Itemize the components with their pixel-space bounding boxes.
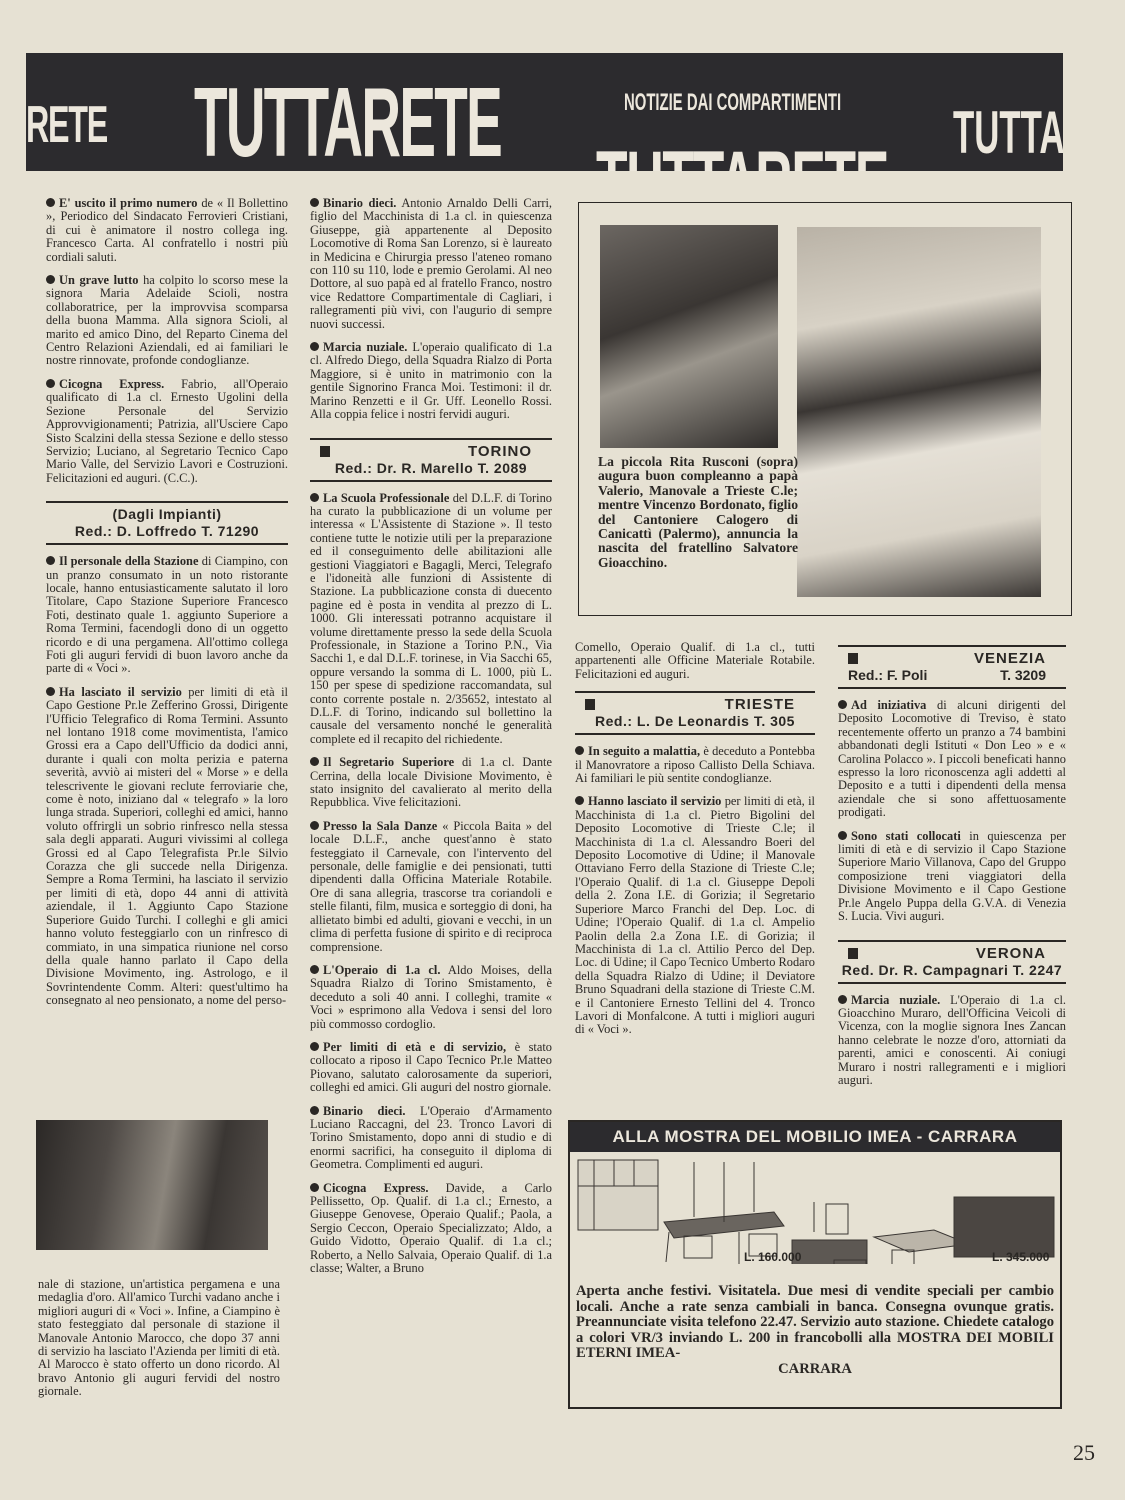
item-text: ha colpito lo scorso mese la signora Mar… [46,273,288,367]
item-lead: Ad iniziativa [851,698,926,712]
news-item: Ha lasciato il servizio per limiti di et… [46,686,288,1008]
news-item: Sono stati collocati in quiescenza per l… [838,830,1066,924]
item-text: in quiescenza per limiti di età e di ser… [838,829,1066,923]
banner-subtitle: NOTIZIE DAI COMPARTIMENTI [624,89,841,117]
news-item: La Scuola Professionale del D.L.F. di To… [310,492,552,747]
banner-left-fragment: RETE [26,95,107,155]
item-lead: Sono stati collocati [851,829,961,843]
item-lead: Hanno lasciato il servizio [588,794,721,808]
item-text: del D.L.F. di Torino ha curato la pubbli… [310,491,552,746]
item-text: nale di stazione, un'artistica pergamena… [38,1278,280,1399]
news-item: L'Operaio di 1.a cl. Aldo Moises, della … [310,964,552,1031]
item-lead: In seguito a malattia, [588,744,700,758]
section-editor: Red. Dr. R. Campagnari T. 2247 [838,962,1066,979]
square-marker-icon [848,653,858,664]
bullet-icon [310,821,319,830]
bullet-icon [838,831,847,840]
item-text: per limiti di età, il Macchinista di 1.a… [575,794,815,1036]
section-editor: Red.: D. Loffredo T. 71290 [46,523,288,540]
item-lead: Il personale della Stazione [59,554,198,568]
bullet-icon [46,687,55,696]
item-text: per limiti di età il Capo Gestione Pr.le… [46,685,288,1007]
item-text: « Piccola Baita » del locale D.L.F., anc… [310,819,552,954]
item-text: di Ciampino, con un pranzo consumato in … [46,554,288,675]
column-2: Binario dieci. Antonio Arnaldo Delli Car… [310,197,552,1285]
section-header-venezia: VENEZIA Red.: F. PoliT. 3209 [838,645,1066,689]
item-text: Davide, a Carlo Pellissetto, Op. Qualif.… [310,1181,552,1275]
banner-right-fragment: TUTTA [953,103,1063,163]
bullet-icon [46,275,55,284]
section-city: TRIESTE [725,696,795,713]
ad-title: ALLA MOSTRA DEL MOBILIO IMEA - CARRARA [570,1122,1060,1152]
news-item: Ad iniziativa di alcuni dirigenti del De… [838,699,1066,820]
item-lead: Marcia nuziale. [851,993,940,1007]
item-lead: Un grave lutto [59,273,138,287]
item-text: di alcuni dirigenti del Deposito Locomot… [838,698,1066,819]
bullet-icon [310,198,319,207]
bullet-icon [838,700,847,709]
item-text: L'Operaio di 1.a cl. Gioacchino Muraro, … [838,993,1066,1087]
item-lead: Il Segretario Superiore [323,755,454,769]
item-lead: E' uscito il primo numero [59,196,197,210]
bullet-icon [310,342,319,351]
news-item: Cicogna Express. Fabrio, all'Operaio qua… [46,378,288,485]
bullet-icon [310,1183,319,1192]
furniture-illustration: L. 160.000 L. 345.000 [574,1152,1056,1264]
item-lead: Presso la Sala Danze [323,819,437,833]
section-editor: Red.: L. De Leonardis T. 305 [575,713,815,730]
column-4: VENEZIA Red.: F. PoliT. 3209 Ad iniziati… [838,641,1066,1097]
photo-farewell-ceremony [36,1120,268,1250]
item-lead: Binario dieci. [323,1104,405,1118]
news-item: Per limiti di età e di servizio, è stato… [310,1041,552,1095]
news-item: In seguito a malattia, è deceduto a Pont… [575,745,815,785]
furniture-drawing-icon [574,1152,1056,1264]
photo-vincenzo-bordonato [797,227,1041,597]
banner-title: TUTTARETE [194,73,501,171]
bullet-icon [575,746,584,755]
bullet-icon [46,379,55,388]
news-item: Binario dieci. Antonio Arnaldo Delli Car… [310,197,552,331]
news-item: Marcia nuziale. L'operaio qualificato di… [310,341,552,421]
section-editor: Red.: Dr. R. Marello T. 2089 [310,460,552,477]
item-text: Antonio Arnaldo Delli Carri, figlio del … [310,196,552,331]
page-number: 25 [1073,1440,1095,1466]
ad-body-end: CARRARA [576,1362,1054,1378]
news-item: Presso la Sala Danze « Piccola Baita » d… [310,820,552,954]
news-item: Binario dieci. L'Operaio d'Armamento Luc… [310,1105,552,1172]
column-1: E' uscito il primo numero de « Il Bollet… [46,197,288,1018]
section-editor: Red.: F. Poli [848,667,927,684]
item-text: Comello, Operaio Qualif. di 1.a cl., tut… [575,641,815,681]
section-city: VENEZIA [974,650,1046,667]
item-lead: Ha lasciato il servizio [59,685,182,699]
column-1-continuation: nale di stazione, un'artistica pergamena… [38,1278,280,1409]
price-bedroom-set: L. 345.000 [992,1250,1049,1264]
bullet-icon [310,1042,319,1051]
photo-caption: La piccola Rita Rusconi (sopra) augura b… [598,455,798,570]
section-title: (Dagli Impianti) [46,506,288,523]
item-text: Fabrio, all'Operaio qualificato di 1.a c… [46,377,288,485]
news-item: E' uscito il primo numero de « Il Bollet… [46,197,288,264]
section-header-verona: VERONA Red. Dr. R. Campagnari T. 2247 [838,940,1066,984]
section-city: TORINO [468,443,532,460]
bullet-icon [310,757,319,766]
item-lead: Cicogna Express. [59,377,164,391]
ad-body: Aperta anche festivi. Visitatela. Due me… [576,1284,1054,1378]
banner-lower-repeat: TUTTARETE [596,139,888,171]
bullet-icon [838,995,847,1004]
news-item: Il personale della Stazione di Ciampino,… [46,555,288,676]
header-banner: RETE TUTTARETE NOTIZIE DAI COMPARTIMENTI… [26,53,1063,171]
ad-body-text: Aperta anche festivi. Visitatela. Due me… [576,1284,1054,1362]
bullet-icon [310,965,319,974]
item-lead: Per limiti di età e di servizio, [323,1040,506,1054]
photo-rita-rusconi [600,225,778,448]
item-lead: L'Operaio di 1.a cl. [323,963,440,977]
section-phone: T. 3209 [1000,667,1046,684]
square-marker-icon [585,699,595,710]
section-header-torino: TORINO Red.: Dr. R. Marello T. 2089 [310,438,552,482]
item-lead: La Scuola Professionale [323,491,449,505]
bullet-icon [575,796,584,805]
news-item: Il Segretario Superiore di 1.a cl. Dante… [310,756,552,810]
advertisement-imea: ALLA MOSTRA DEL MOBILIO IMEA - CARRARA L… [568,1120,1062,1409]
item-lead: Binario dieci. [323,196,396,210]
bullet-icon [310,1106,319,1115]
bullet-icon [46,198,55,207]
square-marker-icon [848,948,858,959]
news-item: Cicogna Express. Davide, a Carlo Pelliss… [310,1182,552,1276]
price-dining-set: L. 160.000 [744,1250,801,1264]
news-item: Hanno lasciato il servizio per limiti di… [575,795,815,1036]
news-item: Marcia nuziale. L'Operaio di 1.a cl. Gio… [838,994,1066,1088]
square-marker-icon [320,446,330,457]
bullet-icon [46,556,55,565]
column-3: Comello, Operaio Qualif. di 1.a cl., tut… [575,641,815,1047]
news-item: Un grave lutto ha colpito lo scorso mese… [46,274,288,368]
item-lead: Marcia nuziale. [323,340,407,354]
section-header-trieste: TRIESTE Red.: L. De Leonardis T. 305 [575,691,815,735]
bullet-icon [310,493,319,502]
item-lead: Cicogna Express. [323,1181,428,1195]
section-header-dagli-impianti: (Dagli Impianti) Red.: D. Loffredo T. 71… [46,501,288,545]
section-city: VERONA [976,945,1046,962]
